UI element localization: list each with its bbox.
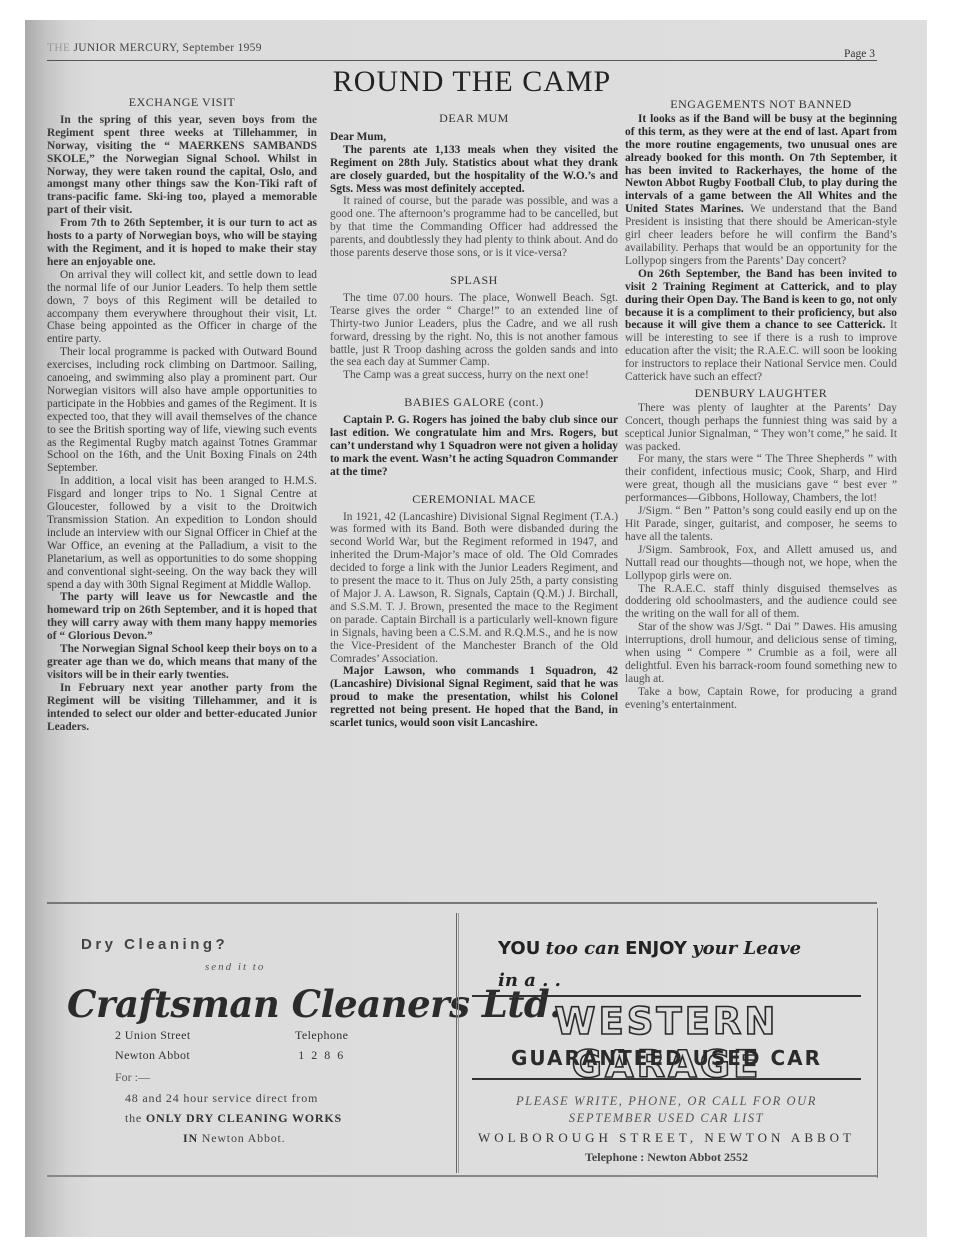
column-right: ENGAGEMENTS NOT BANNED It looks as if th…: [625, 98, 897, 712]
ad-phone: Telephone 1 2 8 6: [295, 1025, 348, 1065]
paragraph: Their local programme is packed with Out…: [47, 346, 317, 475]
paragraph: J/Sigm. Sambrook, Fox, and Allett amused…: [625, 544, 897, 583]
phone-number: 1 2 8 6: [295, 1045, 348, 1065]
paragraph: The R.A.E.C. staff thinly disguised them…: [625, 583, 897, 622]
ad-send-it-to: send it to: [205, 961, 265, 973]
article-title: SPLASH: [330, 274, 618, 287]
paragraph: In addition, a local visit has been aran…: [47, 475, 317, 591]
ad-for-label: For :—: [115, 1070, 150, 1085]
ad-company-name: WESTERN GARAGE: [472, 1000, 861, 1086]
ad-western-garage: YOU too can ENJOY your Leave in a . . WE…: [462, 908, 878, 1178]
ads-bottom-rule: [47, 1175, 877, 1177]
article-title: ENGAGEMENTS NOT BANNED: [625, 98, 897, 111]
paragraph: The party will leave us for Newcastle an…: [47, 591, 317, 643]
paragraph-bold: On 26th September, the Band has been inv…: [625, 268, 897, 332]
ads-top-rule: [47, 902, 877, 904]
ad-divider: [456, 913, 457, 1173]
header-rule: [47, 60, 877, 61]
article-title: DENBURY LAUGHTER: [625, 387, 897, 400]
paragraph: In February next year another party from…: [47, 682, 317, 734]
tagline-part: ENJOY: [625, 938, 687, 959]
article-title: EXCHANGE VISIT: [47, 96, 317, 109]
phone-label: Telephone: [295, 1025, 348, 1045]
article-title-text: BABIES GALORE: [404, 395, 505, 409]
ad-address: WOLBOROUGH STREET, NEWTON ABBOT: [472, 1130, 861, 1146]
address-line: 2 Union Street: [115, 1025, 191, 1045]
paragraph: The Camp was a great success, hurry on t…: [330, 369, 618, 382]
paragraph: The Norwegian Signal School keep their b…: [47, 643, 317, 682]
service-bold: IN: [183, 1131, 198, 1145]
service-town: Newton Abbot.: [202, 1131, 286, 1145]
cta-line: PLEASE WRITE, PHONE, OR CALL FOR OUR: [472, 1093, 861, 1110]
section-title: ROUND THE CAMP: [317, 65, 627, 99]
service-line: IN Newton Abbot.: [125, 1128, 342, 1148]
ad-rule: [472, 1078, 861, 1080]
page-number: Page 3: [844, 48, 875, 60]
paragraph: On arrival they will collect kit, and se…: [47, 269, 317, 346]
running-head: THE JUNIOR MERCURY, September 1959: [47, 42, 262, 54]
cta-line: SEPTEMBER USED CAR LIST: [472, 1110, 861, 1127]
column-middle: DEAR MUM Dear Mum, The parents ate 1,133…: [330, 96, 618, 730]
tagline-part: in a . .: [498, 970, 561, 991]
ad-address: 2 Union Street Newton Abbot: [115, 1025, 191, 1065]
address-line: Newton Abbot: [115, 1045, 191, 1065]
ad-craftsman-cleaners: Dry Cleaning? send it to Craftsman Clean…: [55, 908, 460, 1170]
paragraph: The time 07.00 hours. The place, Wonwell…: [330, 292, 618, 369]
paragraph: Take a bow, Captain Rowe, for producing …: [625, 686, 897, 712]
paragraph: There was plenty of laughter at the Pare…: [625, 402, 897, 454]
paragraph: Major Lawson, who commands 1 Squadron, 4…: [330, 665, 618, 730]
article-title: CEREMONIAL MACE: [330, 493, 618, 506]
ad-headline: Dry Cleaning?: [81, 936, 228, 953]
ad-telephone: Telephone : Newton Abbot 2552: [472, 1150, 861, 1165]
ad-tagline: YOU too can ENJOY your Leave in a . .: [498, 932, 858, 996]
column-exchange-visit: EXCHANGE VISIT In the spring of this yea…: [47, 96, 317, 733]
paragraph: From 7th to 26th September, it is our tu…: [47, 217, 317, 269]
ad-rule: [472, 995, 861, 997]
tagline-part: your Leave: [692, 938, 801, 959]
paragraph: On 26th September, the Band has been inv…: [625, 268, 897, 384]
paragraph: In 1921, 42 (Lancashire) Divisional Sign…: [330, 511, 618, 666]
running-head-title: JUNIOR MERCURY, September 1959: [73, 42, 261, 54]
paragraph: The parents ate 1,133 meals when they vi…: [330, 144, 618, 196]
service-bold: ONLY DRY CLEANING WORKS: [146, 1111, 342, 1125]
ad-service-text: 48 and 24 hour service direct from the O…: [125, 1088, 342, 1148]
article-title: DEAR MUM: [330, 112, 618, 125]
paragraph-bold: It looks as if the Band will be busy at …: [625, 113, 897, 215]
service-prefix: the: [125, 1111, 142, 1125]
paragraph: Captain P. G. Rogers has joined the baby…: [330, 414, 618, 479]
paragraph: It looks as if the Band will be busy at …: [625, 113, 897, 268]
tagline-part: too can: [546, 938, 620, 959]
service-line: the ONLY DRY CLEANING WORKS: [125, 1108, 342, 1128]
paragraph: J/Sigm. “ Ben ” Patton’s song could easi…: [625, 505, 897, 544]
service-line: 48 and 24 hour service direct from: [125, 1088, 342, 1108]
paragraph: In the spring of this year, seven boys f…: [47, 114, 317, 217]
magazine-page: THE JUNIOR MERCURY, September 1959 Page …: [25, 20, 927, 1237]
paragraph: For many, the stars were “ The Three She…: [625, 453, 897, 505]
paragraph: Star of the show was J/Sgt. “ Dai ” Dawe…: [625, 621, 897, 686]
article-title: BABIES GALORE (cont.): [330, 396, 618, 409]
paragraph: It rained of course, but the parade was …: [330, 195, 618, 260]
article-title-suffix: (cont.): [509, 395, 544, 409]
running-head-faded: THE: [47, 42, 70, 54]
tagline-part: YOU: [498, 938, 540, 959]
ad-call-to-action: PLEASE WRITE, PHONE, OR CALL FOR OUR SEP…: [472, 1093, 861, 1127]
ad-subtitle: GUARANTEED USED CAR: [472, 1046, 861, 1070]
salutation: Dear Mum,: [330, 131, 618, 144]
